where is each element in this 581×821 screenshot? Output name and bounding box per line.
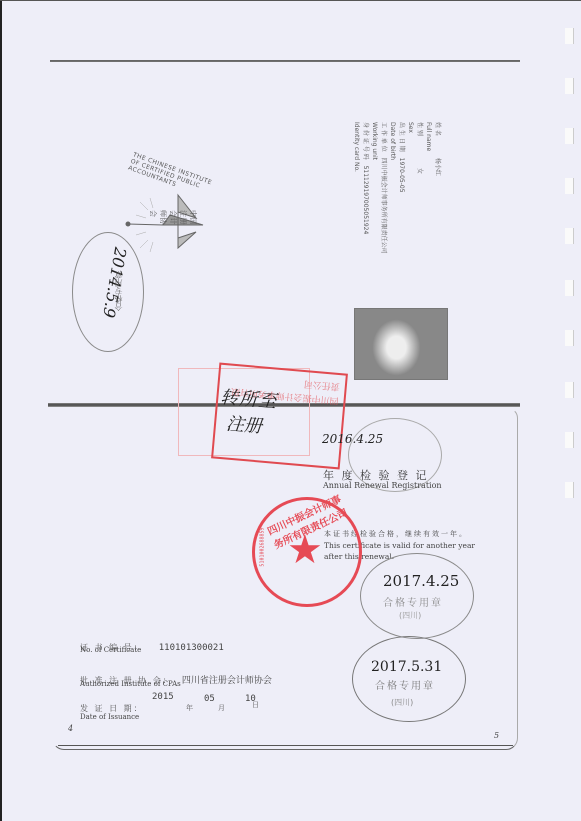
oval-stamp-right: 2017.4.25 合格专用章 (四川) xyxy=(360,553,474,639)
institute-label-en: Authorized Institute of CPAs xyxy=(80,680,181,688)
issue-year: 2015 xyxy=(152,692,174,702)
issue-month: 05 xyxy=(204,694,215,704)
company-seal-stamp: ★ 四川中振会计师事务所有限责任公司 5101002688859 xyxy=(252,497,362,607)
field-full-name-en: Full name xyxy=(424,122,433,292)
handwritten-date-2017-apr: 2017.4.25 xyxy=(383,572,459,590)
page-number-right: 5 xyxy=(494,731,499,740)
binding-tab xyxy=(565,280,574,296)
issue-month-unit: 月 xyxy=(218,703,227,713)
certificate-number-value: 110101300021 xyxy=(159,643,224,653)
binding-tab xyxy=(565,28,574,44)
institute-value: 四川省注册会计师协会 xyxy=(182,676,272,686)
field-dob-en: Date of birth xyxy=(388,122,397,292)
field-full-name: 姓 名 杨小红 xyxy=(433,122,442,292)
oval-stamp-top: 2014.5.9 合格专用章 xyxy=(72,232,144,352)
binding-tab xyxy=(565,330,574,346)
handwritten-date-2017-may: 2017.5.31 xyxy=(371,659,442,675)
issue-label-en: Date of Issuance xyxy=(80,713,139,721)
field-id-number-en: Identity card No. xyxy=(352,122,361,292)
binding-tab xyxy=(565,432,574,448)
field-id-number: 身 份 证 号 码 511129197005051924 xyxy=(361,122,370,292)
field-working-unit-en: Working unit xyxy=(370,122,379,292)
oval-stamp-bottom-text: 合格专用章 xyxy=(375,677,435,692)
oval-stamp-bottom: 2017.5.31 合格专用章 (四川) xyxy=(352,636,466,722)
binding-tab xyxy=(565,228,574,244)
binding-tab xyxy=(565,128,574,144)
binding-tab xyxy=(565,78,574,94)
field-sex-en: Sex xyxy=(406,122,415,292)
id-photo xyxy=(354,308,448,380)
top-rule xyxy=(50,60,520,62)
scan-edge-left xyxy=(0,0,2,821)
oval-stamp-right-text: 合格专用章 xyxy=(383,594,443,609)
binding-tab xyxy=(565,178,574,194)
oval-stamp-right-region: (四川) xyxy=(399,610,421,621)
page-number-left: 4 xyxy=(68,724,73,733)
personal-info-block: 姓 名 杨小红 Full name 性 别 女 Sex 出 生 日 期 1970… xyxy=(348,120,448,300)
scan-edge-top xyxy=(0,0,581,1)
certificate-number-label-en: No. of Certificate xyxy=(80,646,141,654)
field-working-unit: 工 作 单 位 四川中振会计师事务所有限责任公司 xyxy=(379,122,388,292)
handwritten-date-2016: 2016.4.25 xyxy=(322,432,383,446)
issue-year-unit: 年 xyxy=(186,703,195,713)
oval-stamp-bottom-region: (四川) xyxy=(391,697,413,708)
emblem-inner-text: 中国注册会计师协会 xyxy=(148,210,198,230)
issue-day-unit: 日 xyxy=(252,700,261,710)
oval-stamp-top-text: 合格专用章 xyxy=(113,271,124,311)
field-dob: 出 生 日 期 1970-05-05 xyxy=(397,122,406,292)
binding-tab xyxy=(565,482,574,498)
binding-tab xyxy=(565,382,574,398)
company-seal-number: 5101002688859 xyxy=(260,527,266,566)
field-sex: 性 别 女 xyxy=(415,122,424,292)
